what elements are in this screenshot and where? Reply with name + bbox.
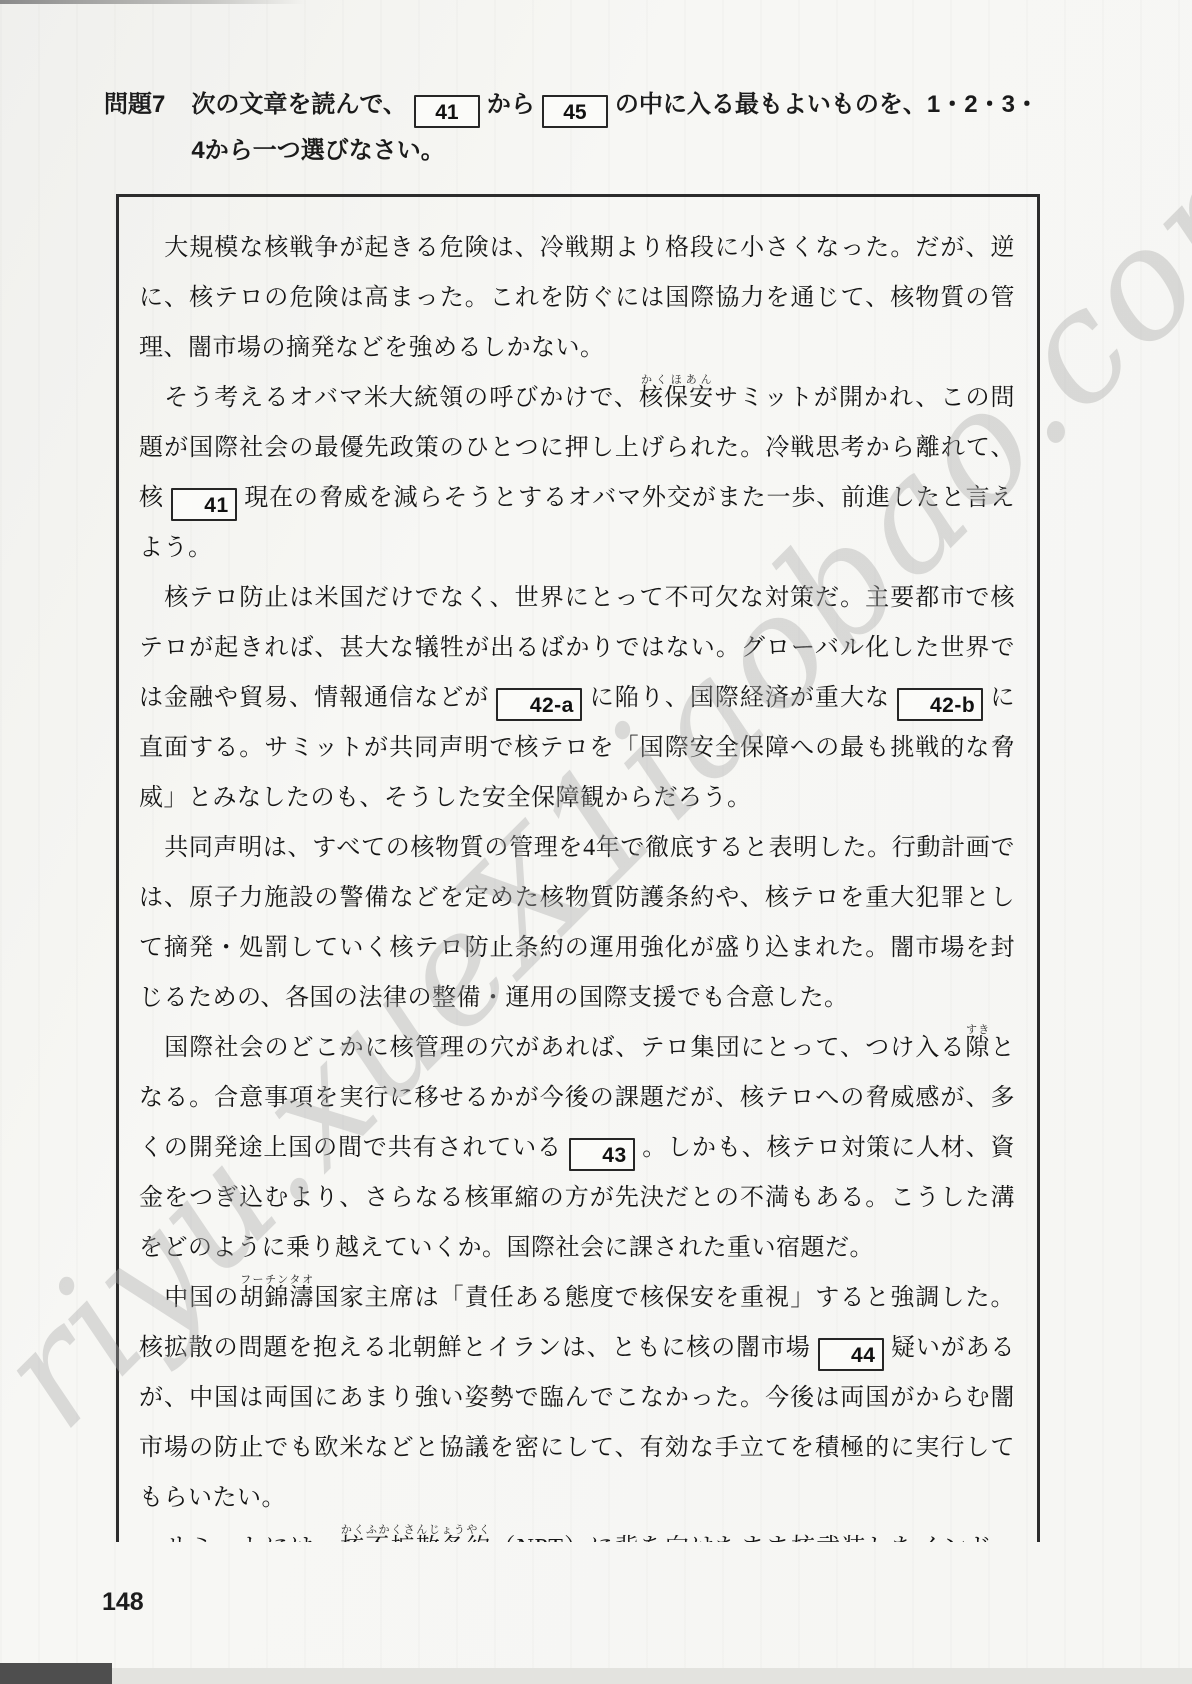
ruby-annotated-word: 核不拡散条約かくふかくさんじょうやく — [340, 1535, 491, 1542]
blank-box-41-header: 41 — [414, 95, 480, 128]
blank-box-43: 43 — [569, 1138, 635, 1171]
passage-paragraph: 共同声明は、すべての核物質の管理を4年で徹底すると表明した。行動計画では、原子力… — [139, 823, 1015, 1023]
scan-edge-top — [0, 0, 305, 4]
passage-paragraph: 核テロ防止は米国だけでなく、世界にとって不可欠な対策だ。主要都市で核テロが起きれ… — [139, 573, 1015, 823]
instruction-text-mid: から — [487, 91, 535, 118]
ruby-annotated-word: 核保安かくほあん — [639, 385, 714, 411]
problem-number-label: 問題7 — [104, 82, 165, 174]
scan-edge-bottom-dark — [0, 1663, 112, 1684]
ruby-annotated-word: 隙すき — [965, 1035, 990, 1061]
blank-box-44: 44 — [818, 1338, 884, 1371]
blank-box-42-b: 42-b — [897, 688, 983, 721]
blank-box-42-a: 42-a — [496, 688, 582, 721]
scan-edge-bottom — [110, 1668, 1192, 1684]
question-instruction: 次の文章を読んで、41から45の中に入る最もよいものを、1・2・3・ 4から一つ… — [191, 82, 1124, 174]
instruction-text-pre: 次の文章を読んで、 — [191, 91, 407, 118]
blank-box-41: 41 — [171, 488, 237, 521]
ruby-annotated-word: 胡錦濤フーチンタオ — [239, 1285, 314, 1311]
scanned-test-page: riyu.xueX1iaobao.com 問題7 次の文章を読んで、41から45… — [0, 0, 1192, 1684]
passage-paragraph: サミットには、核不拡散条約かくふかくさんじょうやく（NPT）に背を向けたまま核武… — [139, 1523, 1015, 1542]
passage-paragraph: そう考えるオバマ米大統領の呼びかけで、核保安かくほあんサミットが開かれ、この問題… — [139, 373, 1015, 573]
instruction-text-post: の中に入る最もよいものを、1・2・3・ — [615, 91, 1039, 118]
instruction-text-line2: 4から一つ選びなさい。 — [191, 137, 444, 164]
passage-paragraph: 大規模な核戦争が起きる危険は、冷戦期より格段に小さくなった。だが、逆に、核テロの… — [139, 223, 1015, 373]
passage-paragraph: 中国の胡錦濤フーチンタオ国家主席は「責任ある態度で核保安を重視」すると強調した。… — [139, 1273, 1015, 1523]
passage-paragraph: 国際社会のどこかに核管理の穴があれば、テロ集団にとって、つけ入る隙すきとなる。合… — [139, 1023, 1015, 1273]
question-header: 問題7 次の文章を読んで、41から45の中に入る最もよいものを、1・2・3・ 4… — [104, 82, 1124, 174]
blank-box-45-header: 45 — [542, 95, 608, 128]
page-number: 148 — [102, 1588, 144, 1617]
reading-passage-box: 大規模な核戦争が起きる危険は、冷戦期より格段に小さくなった。だが、逆に、核テロの… — [116, 194, 1040, 1542]
